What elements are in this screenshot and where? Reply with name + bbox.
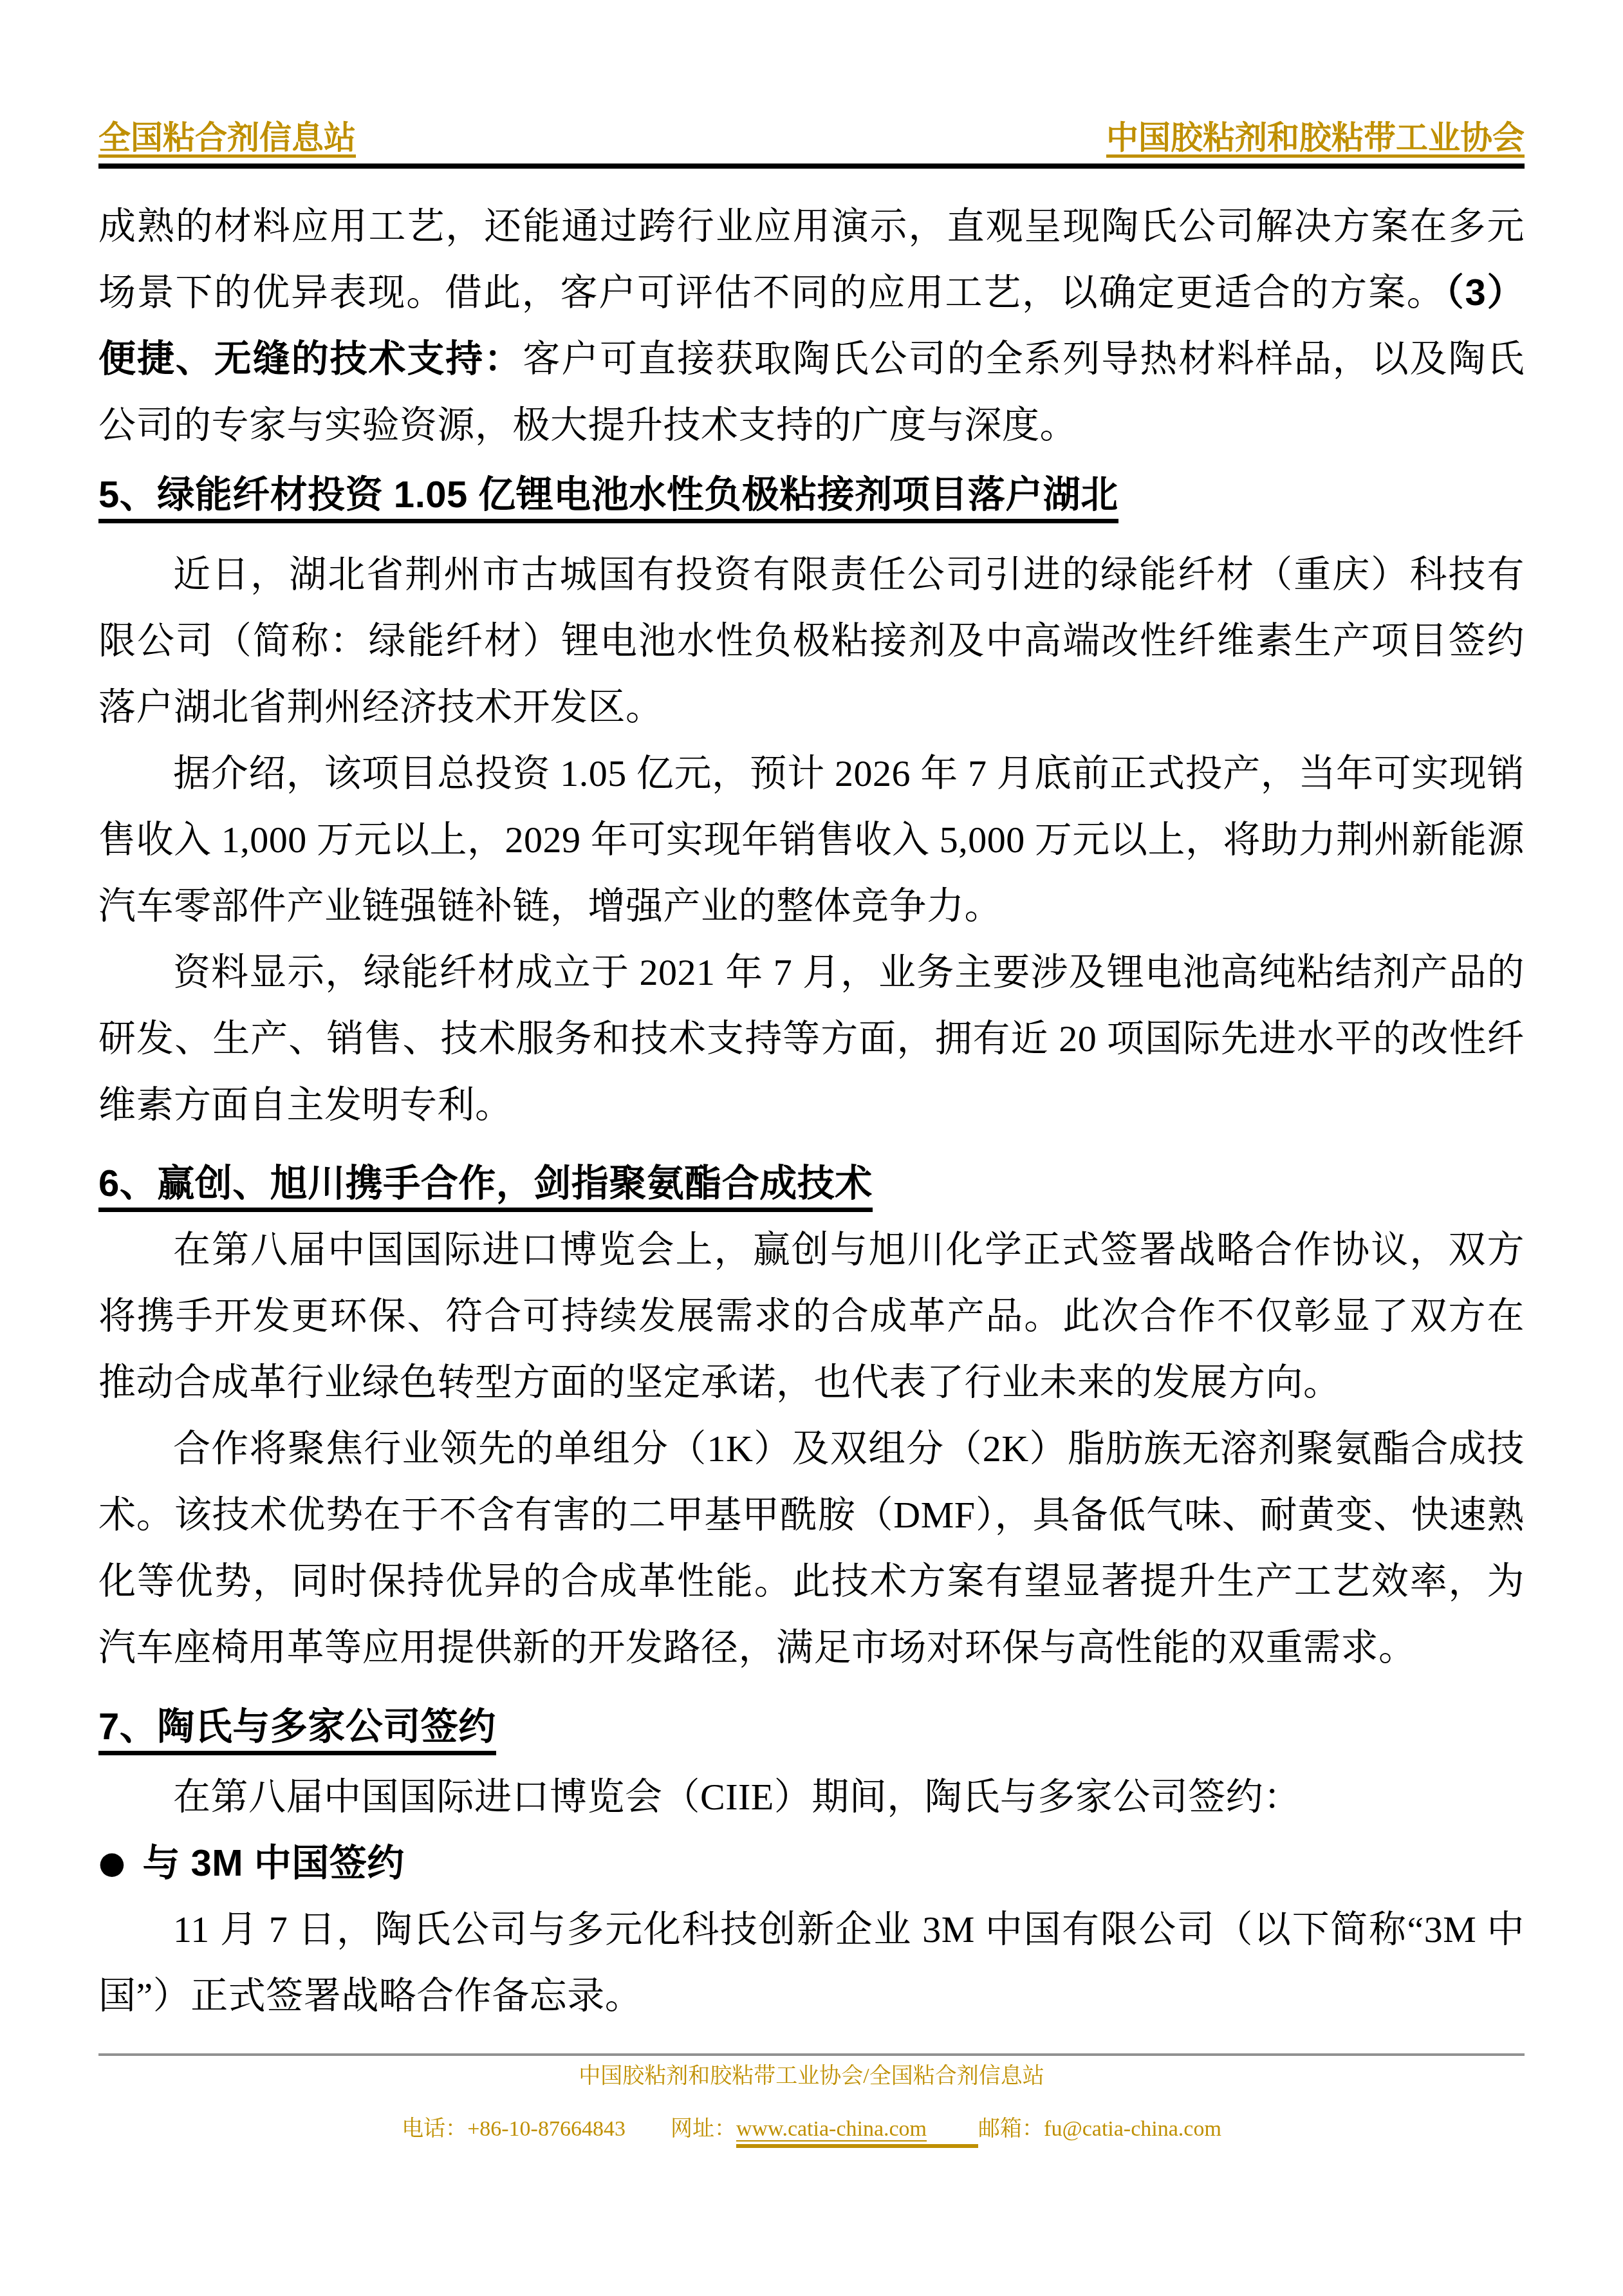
footer-website-link[interactable]: www.catia-china.com	[736, 2117, 978, 2148]
section-5-heading: 5、绿能纤材投资 1.05 亿锂电池水性负极粘接剂项目落户湖北	[98, 472, 1118, 523]
bullet-item-3m: ●与 3M 中国签约	[98, 1830, 1525, 1896]
section-6-heading: 6、赢创、旭川携手合作，剑指聚氨酯合成技术	[98, 1161, 873, 1212]
footer-email: fu@catia-china.com	[1044, 2117, 1221, 2141]
bullet-icon: ●	[98, 1830, 125, 1896]
section-5-paragraph-2: 据介绍，该项目总投资 1.05 亿元，预计 2026 年 7 月底前正式投产，当…	[98, 740, 1525, 939]
header-right-title: 中国胶粘剂和胶粘带工业协会	[1106, 121, 1525, 154]
header-left-title: 全国粘合剂信息站	[98, 121, 356, 154]
footer-divider	[98, 2053, 1525, 2056]
section-6-paragraph-2: 合作将聚焦行业领先的单组分（1K）及双组分（2K）脂肪族无溶剂聚氨酯合成技术。该…	[98, 1415, 1525, 1681]
section-6-paragraph-1: 在第八届中国国际进口博览会上，赢创与旭川化学正式签署战略合作协议，双方将携手开发…	[98, 1217, 1525, 1415]
footer-org-line: 中国胶粘剂和胶粘带工业协会/全国粘合剂信息站	[98, 2061, 1525, 2092]
footer-phone-label: 电话：	[402, 2117, 467, 2141]
page-header: 全国粘合剂信息站 中国胶粘剂和胶粘带工业协会	[98, 0, 1525, 169]
footer-email-label: 邮箱：	[978, 2117, 1044, 2141]
section-7-paragraph-1: 在第八届中国国际进口博览会（CIIE）期间，陶氏与多家公司签约：	[98, 1764, 1525, 1830]
bullet-label: 与 3M 中国签约	[142, 1842, 404, 1884]
document-page: 全国粘合剂信息站 中国胶粘剂和胶粘带工业协会 成熟的材料应用工艺，还能通过跨行业…	[0, 0, 1623, 2296]
footer-contact-line: 电话：+86-10-87664843网址：www.catia-china.com…	[98, 2114, 1525, 2145]
paragraph-text-pre: 成熟的材料应用工艺，还能通过跨行业应用演示，直观呈现陶氏公司解决方案在多元场景下…	[98, 205, 1525, 313]
footer-phone: +86-10-87664843	[467, 2117, 626, 2141]
section-5-paragraph-1: 近日，湖北省荆州市古城国有投资有限责任公司引进的绿能纤材（重庆）科技有限公司（简…	[98, 541, 1525, 740]
paragraph-dow-tech-support: 成熟的材料应用工艺，还能通过跨行业应用演示，直观呈现陶氏公司解决方案在多元场景下…	[98, 193, 1525, 458]
footer-web-label: 网址：	[671, 2117, 736, 2141]
section-5-paragraph-3: 资料显示，绿能纤材成立于 2021 年 7 月，业务主要涉及锂电池高纯粘结剂产品…	[98, 939, 1525, 1138]
section-7-paragraph-2: 11 月 7 日，陶氏公司与多元化科技创新企业 3M 中国有限公司（以下简称“3…	[98, 1896, 1525, 2029]
section-7-heading: 7、陶氏与多家公司签约	[98, 1704, 496, 1755]
